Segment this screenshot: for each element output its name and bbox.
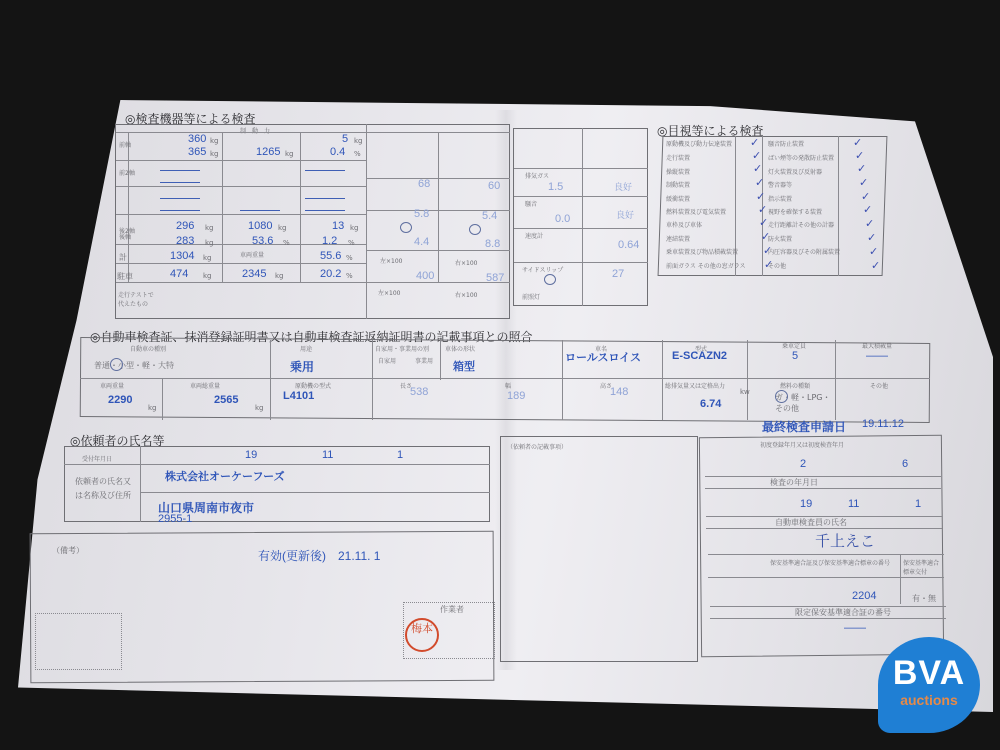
- model-value: E-SCAZN2: [672, 350, 727, 362]
- gross-weight-value: 2565: [214, 394, 238, 406]
- final-inspection-label: 最終検査申請日: [762, 418, 846, 435]
- received-month: 11: [322, 449, 333, 461]
- row-label-rear-axle: 後軸: [119, 232, 131, 241]
- hanko-stamp: 梅本: [405, 618, 439, 652]
- inspector-signature: 千上えこ: [815, 530, 875, 551]
- requester-name: 株式会社オーケーフーズ: [165, 468, 285, 484]
- vehicle-weight: 2345: [242, 268, 266, 280]
- document-photo: ◎検査機器等による検査 制 動 力 前軸 360 kg 365 kg 1265 …: [0, 0, 1000, 750]
- rear-left-brake: 296: [176, 220, 194, 232]
- bva-auctions-logo: BVA auctions: [878, 637, 980, 733]
- front-diff-pct: 0.4: [330, 146, 345, 158]
- height-value: 148: [610, 386, 628, 398]
- validity-text: 有効(更新後) 21.11. 1: [258, 547, 380, 564]
- width-value: 189: [507, 390, 525, 402]
- rear-diff: 13: [332, 220, 344, 232]
- front-diff: 5: [342, 133, 348, 145]
- first-reg-month: 6: [902, 458, 908, 470]
- front-left-brake: 360: [188, 133, 206, 145]
- parking-brake-pct: 20.2: [320, 268, 341, 280]
- displacement-value: 6.74: [700, 398, 721, 410]
- brake-column-header: 制 動 力: [240, 126, 270, 135]
- rear-axle-load: 1080: [248, 220, 272, 232]
- parking-brake: 474: [170, 268, 188, 280]
- final-inspection-date: 19.11.12: [862, 418, 904, 430]
- logo-sub: auctions: [878, 692, 980, 708]
- front-right-brake: 365: [188, 146, 206, 158]
- requester-notes-box: [500, 436, 698, 662]
- total-brake: 1304: [170, 250, 194, 262]
- max-load-value: ――: [866, 350, 888, 362]
- vehicle-type-options: 普通・小型・軽・大特: [94, 360, 174, 371]
- cert-number: 2204: [852, 590, 876, 602]
- first-reg-year: 2: [800, 458, 806, 470]
- received-day: 1: [397, 449, 403, 461]
- total-brake-pct: 55.6: [320, 250, 341, 262]
- body-shape-value: 箱型: [453, 358, 475, 374]
- rear-right-brake: 283: [176, 235, 194, 247]
- rear-axle-pct: 53.6: [252, 235, 273, 247]
- logo-brand: BVA: [878, 654, 980, 693]
- inspection-year: 19: [800, 498, 812, 510]
- instrument-table: [115, 124, 510, 319]
- engine-model-value: L4101: [283, 390, 314, 402]
- vehicle-name: ロールスロイス: [565, 352, 647, 365]
- front-axle-load: 1265: [256, 146, 280, 158]
- vehicle-weight-value: 2290: [108, 394, 132, 406]
- received-year: 19: [245, 449, 257, 461]
- requester-address-line2: 2955-1: [158, 513, 192, 525]
- length-value: 538: [410, 386, 428, 398]
- inspection-day: 1: [915, 498, 921, 510]
- inspection-month: 11: [848, 498, 859, 510]
- rear-diff-pct: 1.2: [322, 235, 337, 247]
- fuel-circle: [775, 390, 788, 403]
- vehicle-type-circle: [110, 358, 123, 371]
- row-label-front-axle: 前軸: [119, 140, 131, 149]
- use-value: 乗用: [290, 358, 314, 375]
- designated-number: ――: [844, 622, 866, 634]
- capacity-value: 5: [792, 350, 798, 362]
